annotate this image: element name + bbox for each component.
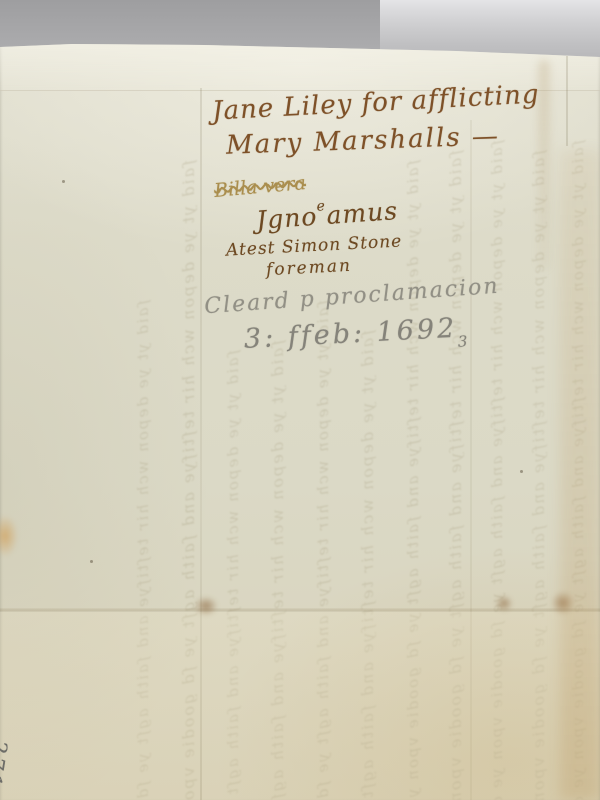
date-main: 3: ffeb: 1692: [243, 313, 458, 355]
attest-line: Atest Simon Stone: [226, 231, 403, 260]
paper-speck: [520, 470, 523, 473]
manuscript-paper: ſaid yt ye depon wch hir teſtifye and ſa…: [0, 0, 600, 800]
verdict-post: amus: [326, 196, 399, 230]
foreman-line: foreman: [266, 256, 353, 280]
heading-line-2: Mary Marshalls —: [226, 121, 501, 161]
below-fold-tint: [0, 612, 600, 800]
paper-speck: [62, 180, 65, 183]
paper-speck: [90, 560, 93, 563]
orange-stain: [0, 515, 18, 557]
fold-stain-mid: [495, 595, 513, 612]
right-edge-streak: [538, 60, 550, 270]
struck-billa-vera-text: Billa vera: [213, 172, 307, 202]
manuscript-photo: ſaid yt ye depon wch hir teſtifye and ſa…: [0, 0, 600, 800]
date-split-year: 3: [457, 332, 470, 351]
verdict-ignoramus-text: Jgnoeamus: [255, 193, 399, 235]
date-line: 3: ffeb: 16923: [243, 312, 471, 362]
verdict-pre: Jgno: [255, 202, 318, 235]
